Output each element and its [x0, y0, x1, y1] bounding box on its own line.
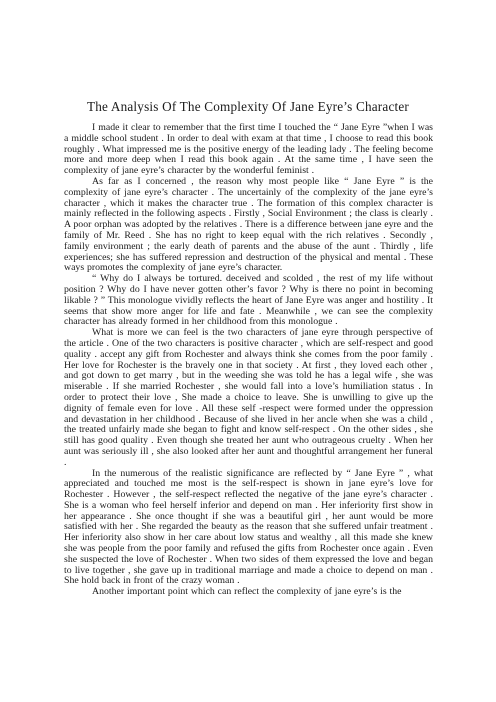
document-page: The Analysis Of The Complexity Of Jane E… — [0, 0, 496, 702]
document-body: I made it clear to remember that the fir… — [64, 123, 433, 598]
paragraph-4: What is more we can feel is the two char… — [64, 328, 433, 468]
paragraph-2: As far as I concerned , the reason why m… — [64, 177, 433, 274]
document-title: The Analysis Of The Complexity Of Jane E… — [0, 0, 496, 115]
paragraph-3: “ Why do I always be tortured. deceived … — [64, 274, 433, 328]
paragraph-1: I made it clear to remember that the fir… — [64, 123, 433, 177]
paragraph-6: Another important point which can reflec… — [64, 587, 433, 598]
paragraph-5: In the numerous of the realistic signifi… — [64, 469, 433, 588]
